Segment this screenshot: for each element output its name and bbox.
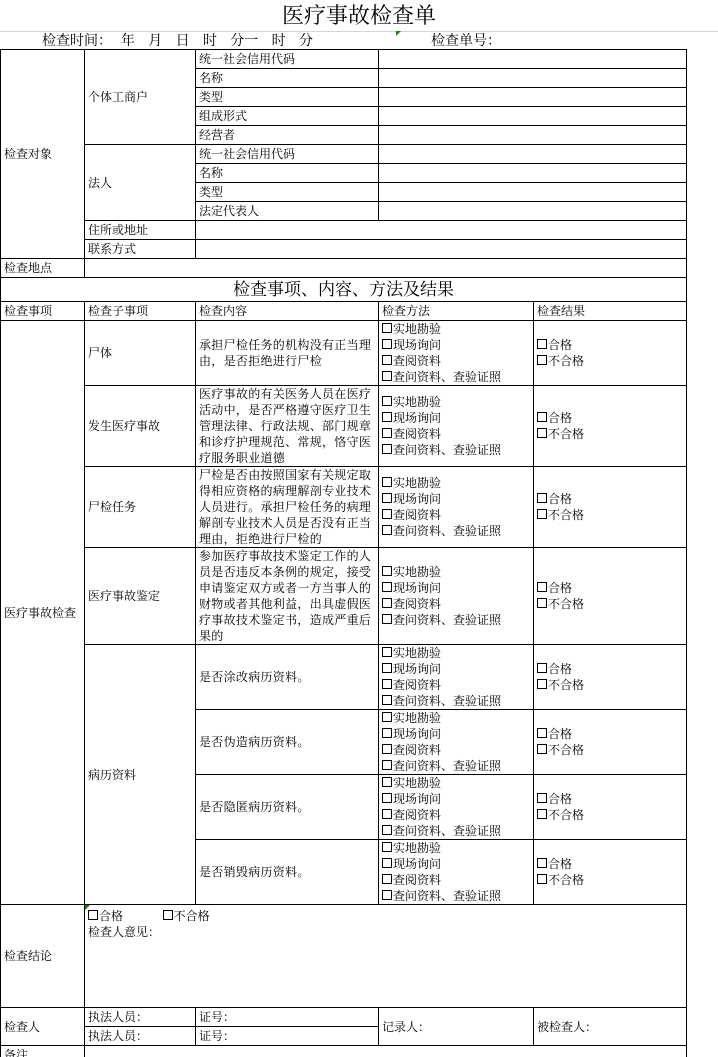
checkbox-icon <box>88 910 98 920</box>
checkbox-icon <box>382 858 392 868</box>
address-label: 住所或地址 <box>85 221 196 240</box>
result-fail-checkbox[interactable]: 不合格 <box>537 872 683 888</box>
checkbox-icon <box>382 825 392 835</box>
method-options: 实地勘验 现场询问 查阅资料 查问资料、查验证照 <box>379 548 534 645</box>
field-input[interactable] <box>379 164 687 183</box>
checkbox-icon <box>537 509 547 519</box>
checkbox-icon <box>382 412 392 422</box>
method-checkbox[interactable]: 实地勘验 <box>382 394 530 410</box>
item-label: 医疗事故检查 <box>1 321 85 905</box>
checkbox-icon <box>537 744 547 754</box>
result-options: 合格 不合格 <box>534 386 687 467</box>
method-checkbox[interactable]: 现场询问 <box>382 661 530 677</box>
checkbox-icon <box>382 777 392 787</box>
conclusion-pass-checkbox[interactable]: 合格 <box>88 909 123 923</box>
result-options: 合格 不合格 <box>534 710 687 775</box>
checkbox-icon <box>382 712 392 722</box>
checkbox-icon <box>382 509 392 519</box>
check-content: 是否隐匿病历资料。 <box>196 775 379 840</box>
sub-item-label: 病历资料 <box>85 645 196 905</box>
contact-label: 联系方式 <box>85 240 196 259</box>
checkbox-icon <box>537 858 547 868</box>
result-fail-checkbox[interactable]: 不合格 <box>537 596 683 612</box>
method-checkbox[interactable]: 查问资料、查验证照 <box>382 369 530 385</box>
header-content: 检查内容 <box>196 302 379 321</box>
sub-item-label: 尸检任务 <box>85 467 196 548</box>
checkbox-icon <box>163 910 173 920</box>
method-checkbox[interactable]: 查问资料、查验证照 <box>382 888 530 904</box>
checkbox-icon <box>382 614 392 624</box>
checkbox-icon <box>537 339 547 349</box>
field-input[interactable] <box>379 88 687 107</box>
method-checkbox[interactable]: 查阅资料 <box>382 872 530 888</box>
method-checkbox[interactable]: 现场询问 <box>382 791 530 807</box>
checkbox-icon <box>537 679 547 689</box>
checkbox-icon <box>537 598 547 608</box>
method-checkbox[interactable]: 查问资料、查验证照 <box>382 693 530 709</box>
method-checkbox[interactable]: 查问资料、查验证照 <box>382 442 530 458</box>
cert-field[interactable]: 证号： <box>196 1008 379 1027</box>
header-result: 检查结果 <box>534 302 687 321</box>
cell-comment-marker-icon <box>396 31 401 36</box>
checkbox-icon <box>537 809 547 819</box>
method-options: 实地勘验 现场询问 查阅资料 查问资料、查验证照 <box>379 710 534 775</box>
checkbox-icon <box>382 809 392 819</box>
method-options: 实地勘验 现场询问 查阅资料 查问资料、查验证照 <box>379 645 534 710</box>
meta-row: 检查时间： 年 月 日 时 分一 时 分 检查单号： <box>0 31 718 49</box>
method-checkbox[interactable]: 实地勘验 <box>382 475 530 491</box>
location-input[interactable] <box>85 259 687 278</box>
field-input[interactable] <box>379 202 687 221</box>
result-fail-checkbox[interactable]: 不合格 <box>537 426 683 442</box>
header-method: 检查方法 <box>379 302 534 321</box>
method-options: 实地勘验 现场询问 查阅资料 查问资料、查验证照 <box>379 775 534 840</box>
cell-comment-marker-icon <box>85 905 90 910</box>
checkbox-icon <box>382 525 392 535</box>
method-checkbox[interactable]: 实地勘验 <box>382 564 530 580</box>
conclusion-fail-checkbox[interactable]: 不合格 <box>163 909 210 923</box>
inspection-time-label: 检查时间： 年 月 日 时 分一 时 分 <box>42 31 313 51</box>
remarks-label: 备注 <box>1 1046 85 1057</box>
checkbox-icon <box>382 793 392 803</box>
result-options: 合格 不合格 <box>534 548 687 645</box>
checkbox-icon <box>537 793 547 803</box>
method-checkbox[interactable]: 实地勘验 <box>382 775 530 791</box>
checkbox-icon <box>382 744 392 754</box>
checkbox-icon <box>382 842 392 852</box>
checkbox-icon <box>382 493 392 503</box>
checkbox-icon <box>537 874 547 884</box>
method-options: 实地勘验 现场询问 查阅资料 查问资料、查验证照 <box>379 467 534 548</box>
inspectee-field[interactable]: 被检查人： <box>534 1008 687 1046</box>
check-content: 尸检是否由按照国家有关规定取得相应资格的病理解剖专业技术人员进行。承担尸检任务的… <box>196 467 379 548</box>
result-fail-checkbox[interactable]: 不合格 <box>537 507 683 523</box>
checkbox-icon <box>382 396 392 406</box>
method-checkbox[interactable]: 查阅资料 <box>382 507 530 523</box>
method-checkbox[interactable]: 现场询问 <box>382 726 530 742</box>
legal-person-label: 法人 <box>85 145 196 221</box>
checkbox-icon <box>537 582 547 592</box>
field-label: 经营者 <box>196 126 379 145</box>
method-checkbox[interactable]: 查阅资料 <box>382 807 530 823</box>
checkbox-icon <box>537 663 547 673</box>
field-input[interactable] <box>379 50 687 69</box>
check-content: 承担尸检任务的机构没有正当理由，是否拒绝进行尸检 <box>196 321 379 386</box>
checkbox-icon <box>382 355 392 365</box>
field-label: 类型 <box>196 88 379 107</box>
result-options: 合格 不合格 <box>534 645 687 710</box>
checkbox-icon <box>382 874 392 884</box>
order-number-label: 检查单号： <box>431 31 501 51</box>
method-checkbox[interactable]: 现场询问 <box>382 491 530 507</box>
method-checkbox[interactable]: 查问资料、查验证照 <box>382 758 530 774</box>
checkbox-icon <box>382 679 392 689</box>
result-pass-checkbox[interactable]: 合格 <box>537 410 683 426</box>
checkbox-icon <box>382 728 392 738</box>
checkbox-icon <box>382 323 392 333</box>
method-checkbox[interactable]: 查阅资料 <box>382 596 530 612</box>
method-checkbox[interactable]: 查阅资料 <box>382 677 530 693</box>
checkbox-icon <box>382 477 392 487</box>
field-label: 统一社会信用代码 <box>196 50 379 69</box>
method-checkbox[interactable]: 查问资料、查验证照 <box>382 523 530 539</box>
checkbox-icon <box>382 695 392 705</box>
result-options: 合格 不合格 <box>534 467 687 548</box>
remarks-input[interactable] <box>85 1046 687 1057</box>
field-label: 组成形式 <box>196 107 379 126</box>
method-checkbox[interactable]: 查阅资料 <box>382 426 530 442</box>
officer-field[interactable]: 执法人员： <box>85 1027 196 1046</box>
checkbox-icon <box>382 371 392 381</box>
checkbox-icon <box>382 428 392 438</box>
method-checkbox[interactable]: 查问资料、查验证照 <box>382 612 530 628</box>
result-fail-checkbox[interactable]: 不合格 <box>537 807 683 823</box>
check-content: 医疗事故的有关医务人员在医疗活动中，是否严格遵守医疗卫生管理法律、行政法规、部门… <box>196 386 379 467</box>
result-pass-checkbox[interactable]: 合格 <box>537 726 683 742</box>
checkbox-icon <box>382 339 392 349</box>
sub-item-label: 发生医疗事故 <box>85 386 196 467</box>
cert-field[interactable]: 证号： <box>196 1027 379 1046</box>
checkbox-icon <box>537 493 547 503</box>
header-sub-item: 检查子事项 <box>85 302 196 321</box>
check-content: 是否涂改病历资料。 <box>196 645 379 710</box>
conclusion-label: 检查结论 <box>1 905 85 1008</box>
inspector-label: 检查人 <box>1 1008 85 1046</box>
checkbox-icon <box>382 566 392 576</box>
check-content: 是否销毁病历资料。 <box>196 840 379 905</box>
sub-item-label: 医疗事故鉴定 <box>85 548 196 645</box>
field-input[interactable] <box>379 183 687 202</box>
checkbox-icon <box>537 355 547 365</box>
sub-item-label: 尸体 <box>85 321 196 386</box>
checkbox-icon <box>537 412 547 422</box>
method-checkbox[interactable]: 现场询问 <box>382 856 530 872</box>
field-input[interactable] <box>379 69 687 88</box>
result-pass-checkbox[interactable]: 合格 <box>537 491 683 507</box>
checkbox-icon <box>382 760 392 770</box>
check-content: 是否伪造病历资料。 <box>196 710 379 775</box>
result-fail-checkbox[interactable]: 不合格 <box>537 677 683 693</box>
location-label: 检查地点 <box>1 259 85 278</box>
inspector-opinion-label: 检查人意见： <box>88 924 683 940</box>
checkbox-icon <box>382 598 392 608</box>
result-pass-checkbox[interactable]: 合格 <box>537 661 683 677</box>
method-options: 实地勘验 现场询问 查阅资料 查问资料、查验证照 <box>379 321 534 386</box>
method-checkbox[interactable]: 现场询问 <box>382 410 530 426</box>
recorder-field[interactable]: 记录人： <box>379 1008 534 1046</box>
method-checkbox[interactable]: 实地勘验 <box>382 645 530 661</box>
header-item: 检查事项 <box>1 302 85 321</box>
method-checkbox[interactable]: 查阅资料 <box>382 353 530 369</box>
field-label: 类型 <box>196 183 379 202</box>
field-label: 名称 <box>196 69 379 88</box>
checkbox-icon <box>382 890 392 900</box>
result-options: 合格 不合格 <box>534 775 687 840</box>
field-label: 统一社会信用代码 <box>196 145 379 164</box>
field-label: 名称 <box>196 164 379 183</box>
method-options: 实地勘验 现场询问 查阅资料 查问资料、查验证照 <box>379 386 534 467</box>
method-checkbox[interactable]: 查问资料、查验证照 <box>382 823 530 839</box>
contact-input[interactable] <box>196 240 687 259</box>
result-pass-checkbox[interactable]: 合格 <box>537 580 683 596</box>
method-checkbox[interactable]: 实地勘验 <box>382 710 530 726</box>
result-options: 合格 不合格 <box>534 321 687 386</box>
result-pass-checkbox[interactable]: 合格 <box>537 856 683 872</box>
result-pass-checkbox[interactable]: 合格 <box>537 337 683 353</box>
checkbox-icon <box>537 728 547 738</box>
checkbox-icon <box>382 647 392 657</box>
method-checkbox[interactable]: 查阅资料 <box>382 742 530 758</box>
method-options: 实地勘验 现场询问 查阅资料 查问资料、查验证照 <box>379 840 534 905</box>
individual-label: 个体工商户 <box>85 50 196 145</box>
method-checkbox[interactable]: 现场询问 <box>382 580 530 596</box>
result-options: 合格 不合格 <box>534 840 687 905</box>
method-checkbox[interactable]: 实地勘验 <box>382 321 530 337</box>
method-checkbox[interactable]: 现场询问 <box>382 337 530 353</box>
address-input[interactable] <box>196 221 687 240</box>
result-pass-checkbox[interactable]: 合格 <box>537 791 683 807</box>
result-fail-checkbox[interactable]: 不合格 <box>537 353 683 369</box>
method-checkbox[interactable]: 实地勘验 <box>382 840 530 856</box>
subject-label: 检查对象 <box>1 50 85 259</box>
check-content: 参加医疗事故技术鉴定工作的人员是否违反本条例的规定，接受申请鉴定双方或者一方当事… <box>196 548 379 645</box>
field-input[interactable] <box>379 145 687 164</box>
checkbox-icon <box>537 428 547 438</box>
checkbox-icon <box>382 663 392 673</box>
checkbox-icon <box>382 444 392 454</box>
field-label: 法定代表人 <box>196 202 379 221</box>
conclusion-area[interactable]: 合格 不合格 检查人意见： <box>85 905 687 1008</box>
page-title: 医疗事故检查单 <box>0 0 718 32</box>
checkbox-icon <box>382 582 392 592</box>
field-input[interactable] <box>379 107 687 126</box>
section-title: 检查事项、内容、方法及结果 <box>1 278 687 302</box>
result-fail-checkbox[interactable]: 不合格 <box>537 742 683 758</box>
officer-field[interactable]: 执法人员： <box>85 1008 196 1027</box>
field-input[interactable] <box>379 126 687 145</box>
subject-table: 检查对象 个体工商户 统一社会信用代码 名称 类型 组成形式 经营者 法人 统一… <box>0 49 687 1057</box>
